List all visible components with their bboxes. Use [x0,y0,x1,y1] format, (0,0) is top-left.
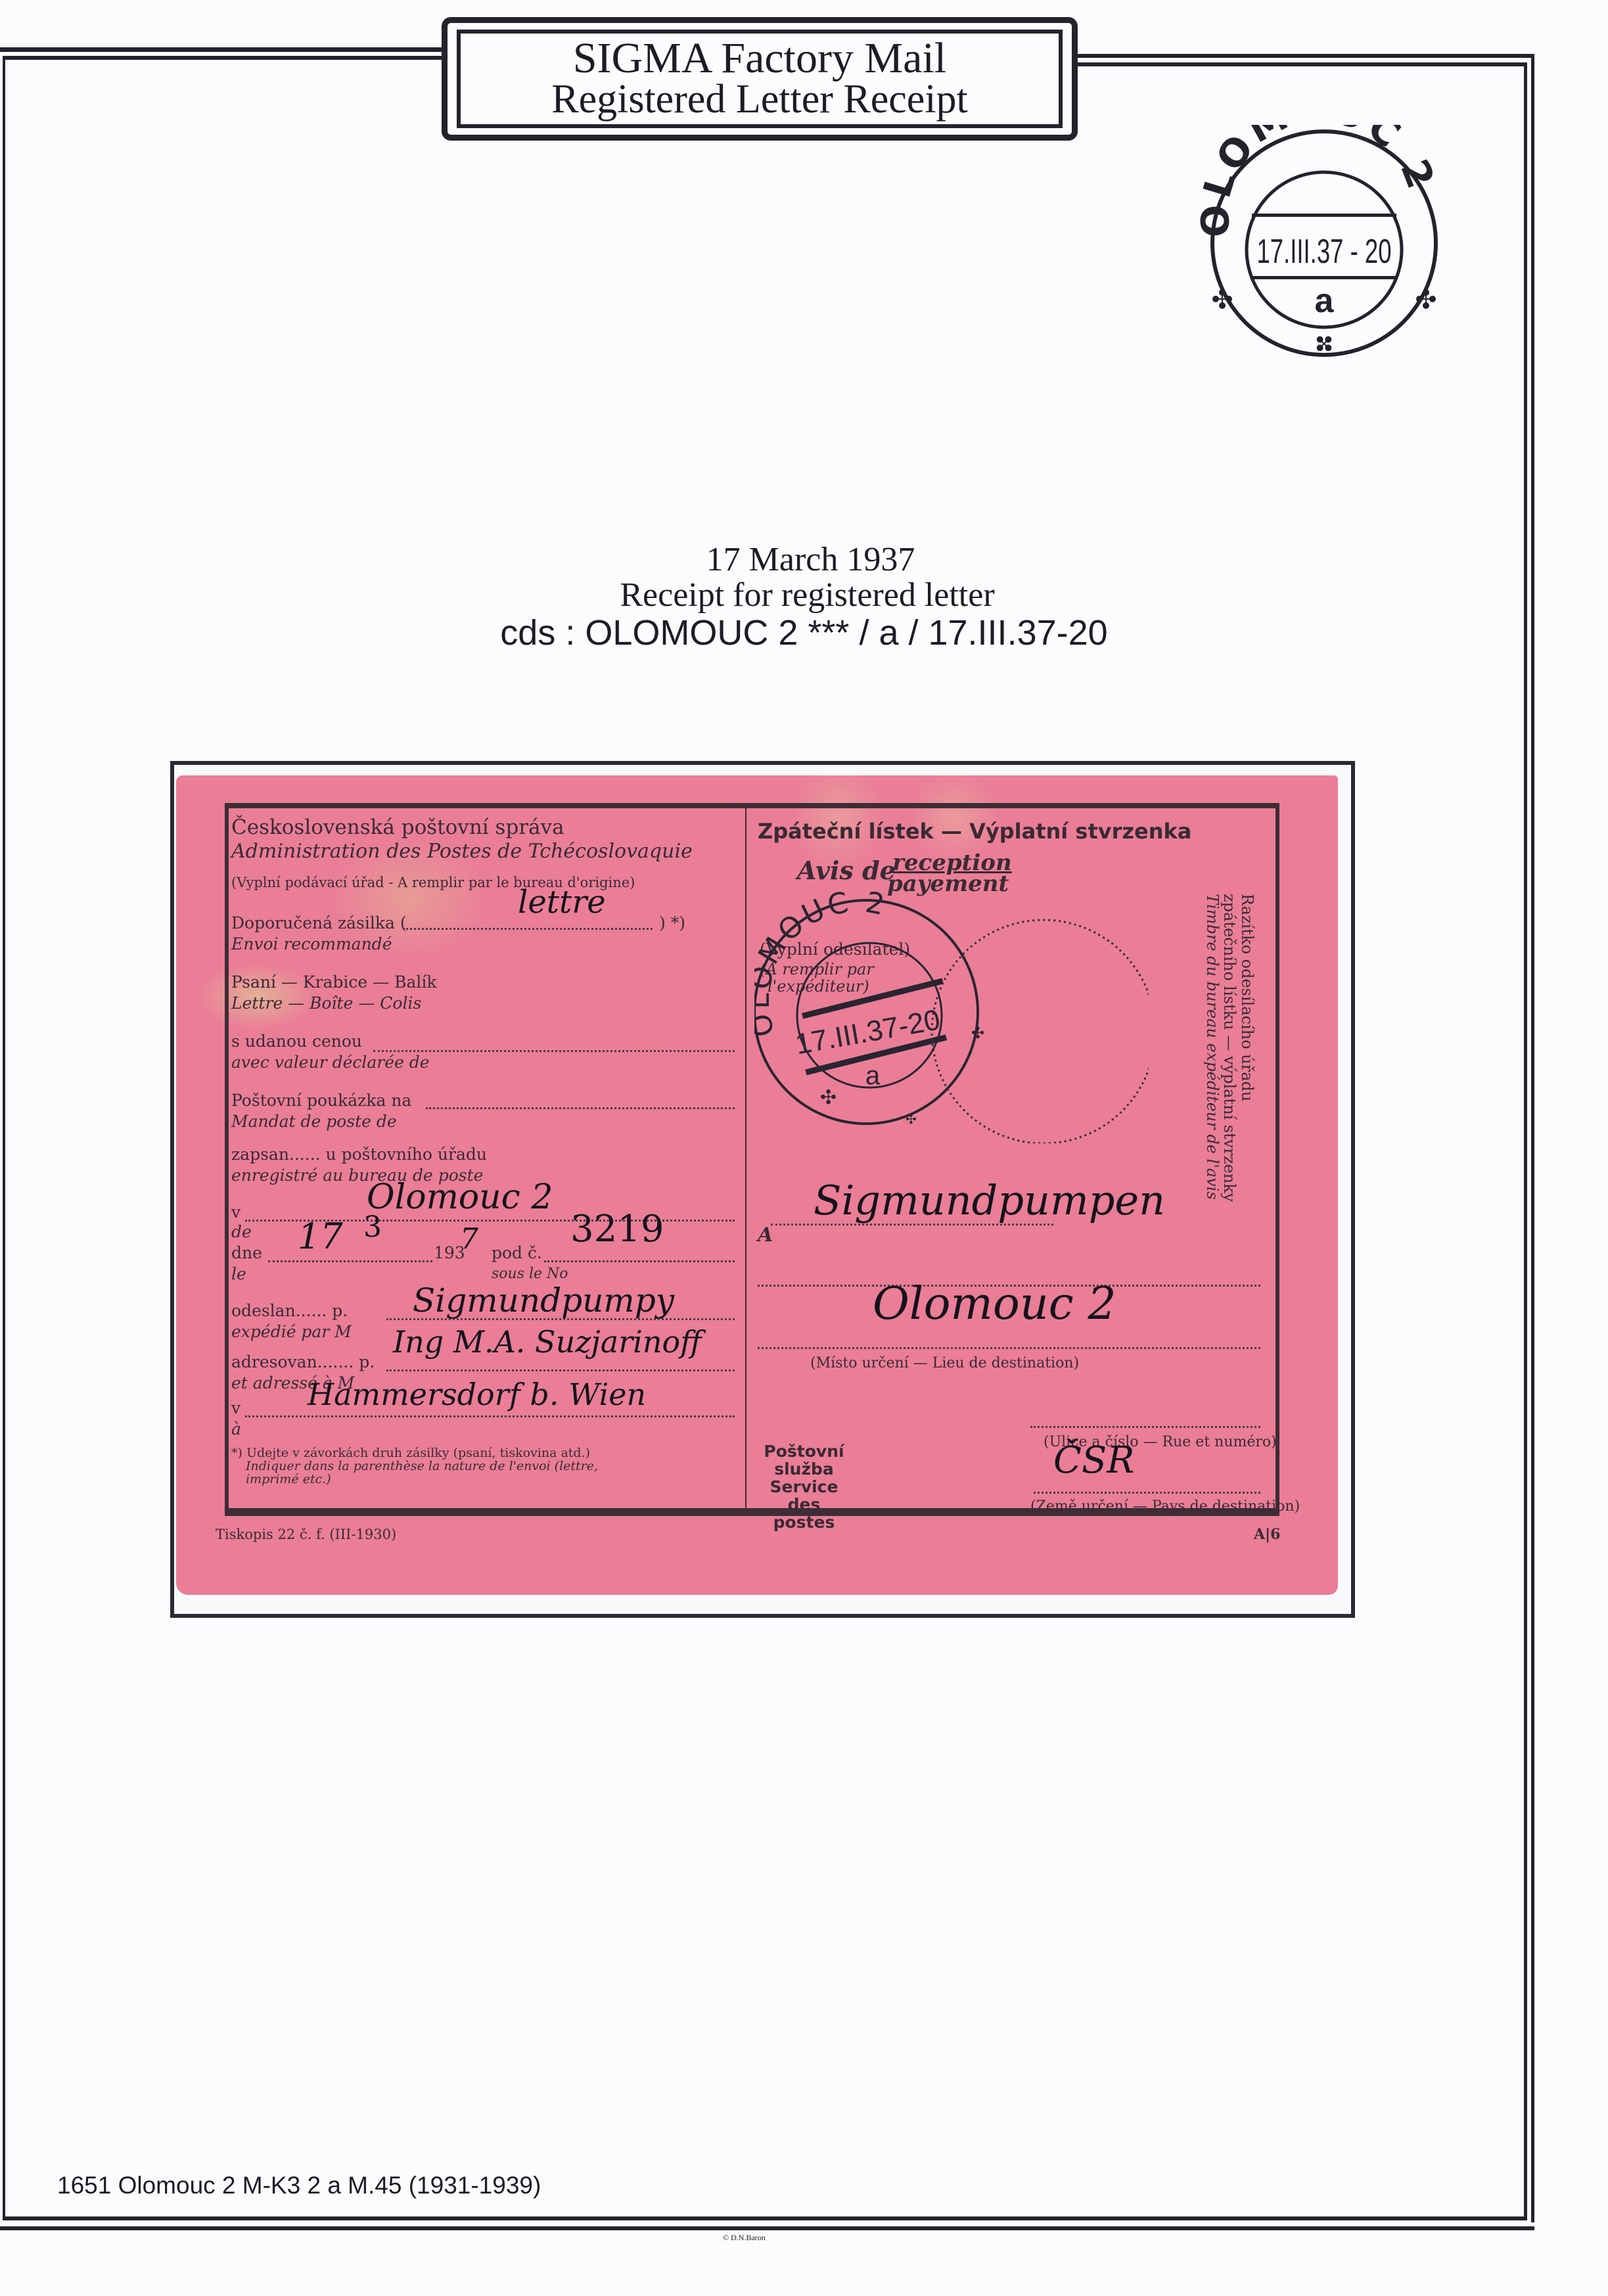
service-cz-2: služba [753,1460,855,1478]
frame-bottom-outer [0,2226,1534,2230]
caption-description: Receipt for registered letter [0,578,1608,613]
sender-handwritten: Sigmundpumpy [413,1281,674,1320]
recipient-handwritten: Sigmundpumpen [814,1176,1165,1224]
ornament-icon: ✣ [906,1111,917,1127]
item-close: ) *) [659,913,685,933]
type-cz: Psaní — Krabice — Balík [231,973,437,992]
caption-cds: cds : OLOMOUC 2 *** / a / 17.III.37-20 [0,613,1608,653]
service-cz-1: Poštovní [753,1442,855,1460]
frame-right-inner [1524,62,1527,2216]
receipt-card: Československá poštovní správa Administr… [176,775,1338,1595]
number-label-cz: pod č. [492,1243,542,1263]
country-label: (Země určení — Pays de destination) [1030,1497,1300,1517]
addressee-handwritten: Ing M.A. Suzjarinoff [393,1324,702,1360]
frame-top-inner-right [1078,62,1527,66]
postal-service-label: Poštovní služba Service des postes [753,1442,855,1531]
sender-label-cz: odeslan...... p. [231,1301,348,1321]
frame-bottom-inner [3,2216,1527,2220]
postmark-date: 17.III.37 - 20 [1257,233,1392,271]
destination-town-handwritten: Olomouc 2 [873,1278,1116,1330]
type-fr: Lettre — Boîte — Colis [231,994,421,1013]
frame-top-inner [3,56,444,60]
frame-top-outer-right [1078,54,1534,58]
form-divider [745,803,747,1516]
office-label-cz: v [231,1203,241,1222]
stamp-note-fr: Timbre du bureau expéditeur de l'avis [1203,894,1222,1200]
admin-cz: Československá poštovní správa [231,817,564,837]
postmark-illustration: OLOMOUC 2 17.III.37 - 20 a [1193,125,1456,361]
service-fr-1: Service des [753,1478,855,1513]
postmark-letter: a [1315,282,1335,320]
footnote-fr-1: Indiquer dans la parenthèse la nature de… [246,1459,598,1473]
form-number: Tiskopis 22 č. f. (III-1930) [216,1525,396,1544]
dest-label-cz: v [231,1398,241,1418]
form-code: A|6 [1254,1525,1280,1544]
item-fr: Envoi recommandé [231,934,392,954]
country-handwritten: ČSR [1053,1439,1134,1482]
number-handwritten: 3219 [570,1208,664,1251]
footnote-fr-2: imprimé etc.) [246,1472,331,1486]
stamp-note-cz-2: zpátečního lístku — výplatní stvrzenky [1220,894,1239,1202]
page-title: SIGMA Factory Mail [573,38,946,79]
frame-top-outer [0,47,444,52]
stamp-note-cz-1: Razítko odesílacího úřadu [1237,894,1257,1101]
catalogue-reference: 1651 Olomouc 2 M-K3 2 a M.45 (1931-1939) [57,2172,541,2199]
recipient-label: A [758,1226,773,1245]
value-cz: s udanou cenou [231,1032,362,1051]
item-cz: Doporučená zásilka ( [231,913,407,933]
frame-left [3,56,5,2218]
stamp-area-circle [932,920,1149,1143]
date-year-hand: 7 [460,1222,478,1256]
destination-handwritten: Hammersdorf b. Wien [308,1377,646,1412]
caption: 17 March 1937 Receipt for registered let… [0,542,1608,653]
ornament-icon: ✣ [820,1086,837,1109]
office-label-fr: de [231,1222,252,1242]
page-subtitle: Registered Letter Receipt [551,79,968,120]
title-plaque: SIGMA Factory Mail Registered Letter Rec… [442,17,1078,141]
caption-date: 17 March 1937 [0,542,1608,578]
card-postmark: OLOMOUC 2 17.III.37-20 a ✣ ✣ ✣ [754,881,1149,1143]
item-type-handwritten: lettre [518,884,606,921]
date-label-fr: le [231,1264,246,1284]
frame-right-outer [1531,54,1534,2222]
office-handwritten: Olomouc 2 [367,1178,553,1217]
reception-label: reception [892,853,1012,873]
card-postmark-letter: a [865,1061,881,1090]
right-heading: Zpáteční lístek — Výplatní stvrzenka [758,821,1191,841]
addressee-label-cz: adresovan....... p. [231,1352,375,1372]
date-label-cz: dne [231,1243,262,1263]
registered-cz: zapsan...... u poštovního úřadu [231,1145,487,1164]
value-fr: avec valeur déclarée de [231,1053,430,1072]
date-day: 17 [298,1216,343,1257]
money-order-cz: Poštovní poukázka na [231,1091,411,1111]
destination-label: (Místo určení — Lieu de destination) [810,1354,1079,1373]
stamp-note: Razítko odesílacího úřadu zpátečního lís… [1214,894,1287,1170]
card-postmark-office: 2 [863,886,890,923]
admin-fr: Administration des Postes de Tchécoslova… [231,842,693,861]
money-order-fr: Mandat de poste de [231,1112,397,1132]
dest-label-fr: à [231,1419,241,1439]
postmark-town: OLOMOUC [1193,125,1412,239]
date-month: 3 [363,1210,382,1244]
sender-label-fr: expédié par M [231,1322,352,1342]
svg-text:OLOMOUC 2: OLOMOUC 2 [1193,125,1444,239]
copyright: © D.N.Baron [723,2233,766,2243]
avis-de: Avis de [797,861,896,881]
ornament-icon: ✣ [971,1024,984,1042]
postmark-office: 2 [1392,153,1444,198]
service-fr-2: postes [753,1513,855,1531]
